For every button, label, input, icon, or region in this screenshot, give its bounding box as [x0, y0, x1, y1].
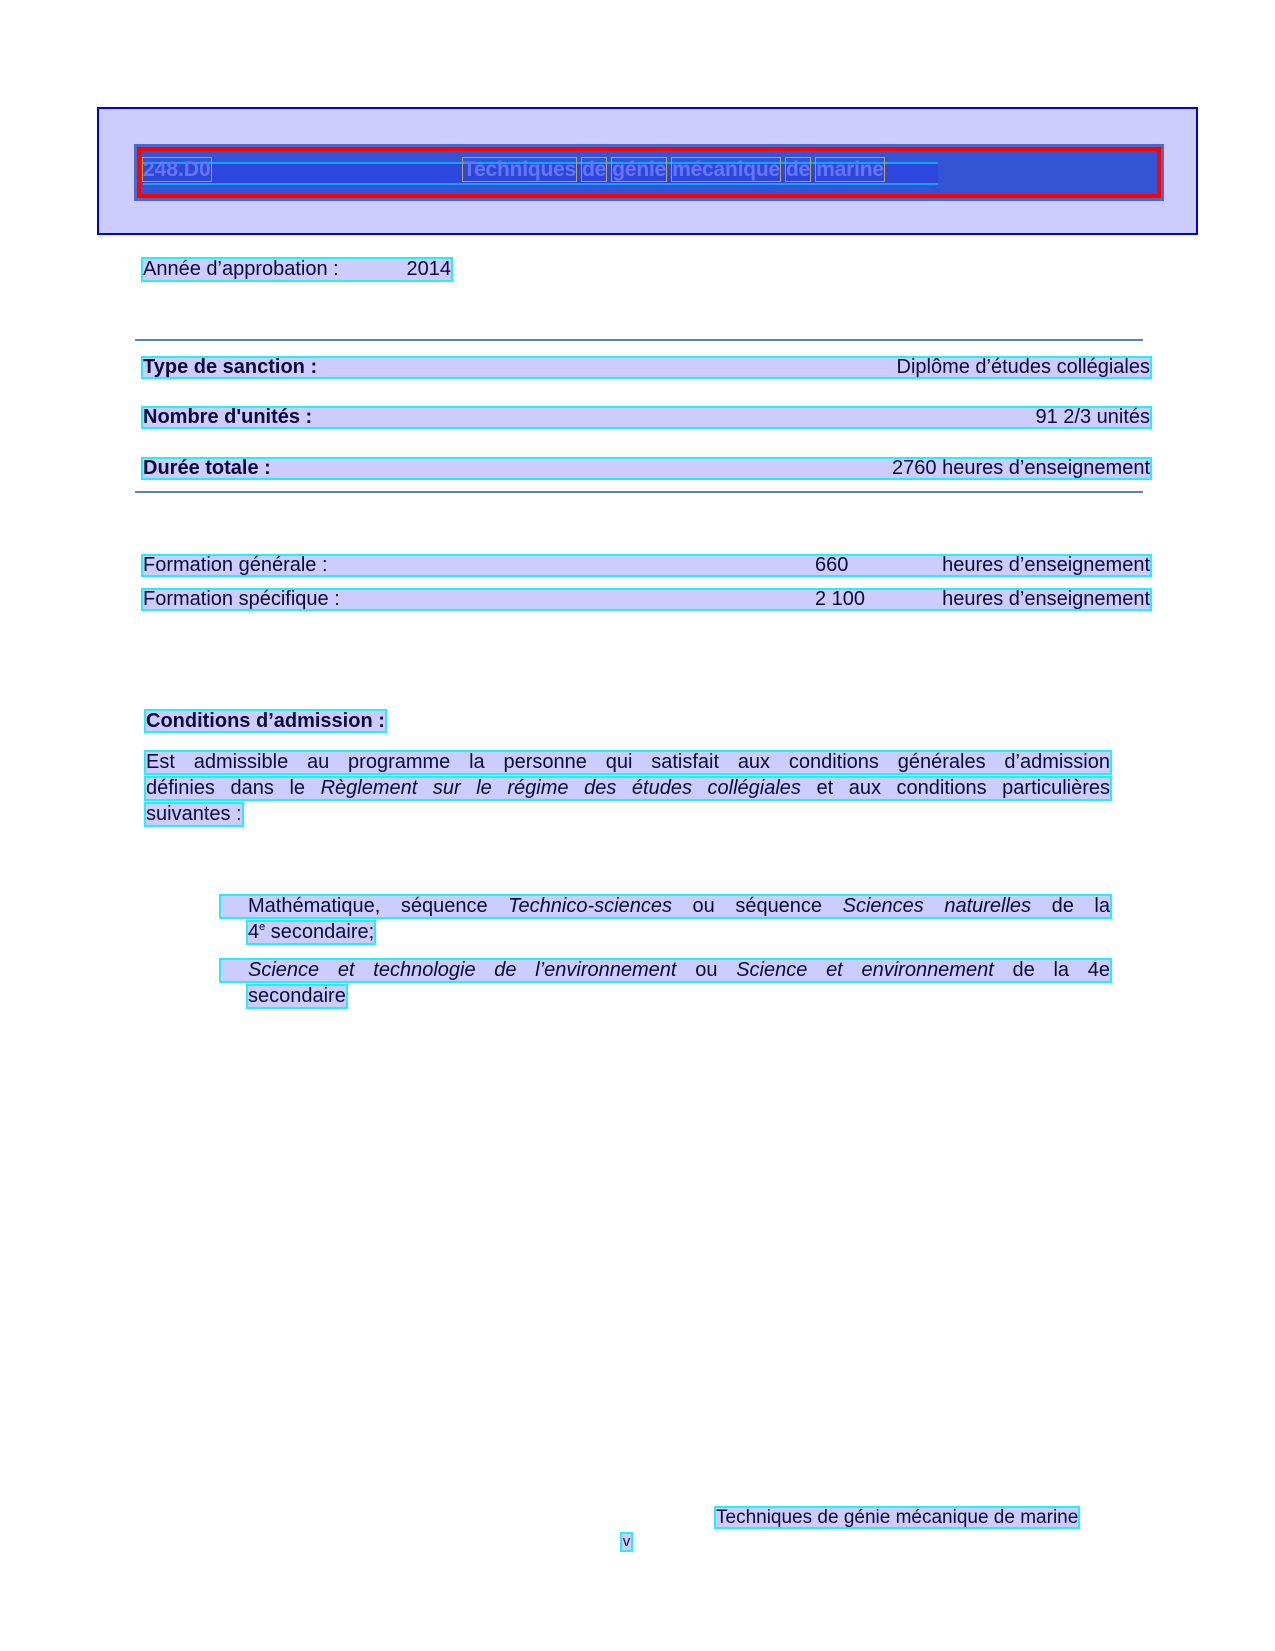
general-training-row: Formation générale : 660 heures d’enseig… — [143, 556, 1150, 575]
general-training-unit: heures d’enseignement — [942, 556, 1150, 575]
text: secondaire; — [265, 921, 374, 943]
divider-top — [135, 339, 1143, 341]
text: de la 4e — [994, 959, 1110, 981]
text: ou séquence — [672, 895, 843, 917]
admission-paragraph-line: définies dans le Règlement sur le régime… — [146, 778, 1110, 799]
duration-label: Durée totale : — [143, 459, 271, 478]
units-value: 91 2/3 unités — [1035, 408, 1150, 427]
duration-value: 2760 heures d’enseignement — [892, 459, 1150, 478]
page-number: v — [622, 1534, 631, 1550]
program-code: 248.D0 — [143, 158, 211, 182]
text: de la — [1031, 895, 1110, 917]
program-code-text: 248.D0 — [143, 158, 211, 181]
program-title-word: de — [786, 158, 810, 181]
text: Technico-sciences — [508, 895, 672, 917]
condition-item-continuation: secondaire — [248, 986, 346, 1007]
program-title-word: marine — [816, 158, 884, 181]
general-training-hours: 660 — [815, 556, 848, 575]
condition-item: Mathématique, séquence Technico-sciences… — [221, 896, 1110, 917]
text: et aux conditions particulières — [801, 777, 1110, 799]
regulation-title: Règlement sur le régime des études collé… — [321, 777, 801, 799]
admission-paragraph-line: suivantes : — [146, 804, 242, 825]
text: Science et environnement — [736, 959, 994, 981]
program-title-word: génie — [612, 158, 666, 181]
condition-item: Science et technologie de l’environnemen… — [221, 960, 1110, 981]
program-title-word: Techniques — [463, 158, 576, 181]
admission-heading: Conditions d’admission : — [146, 711, 385, 731]
sanction-value: Diplôme d’études collégiales — [897, 358, 1150, 377]
duration-row: Durée totale : 2760 heures d’enseignemen… — [143, 459, 1150, 478]
specific-training-hours: 2 100 — [815, 590, 865, 609]
divider-bottom — [135, 491, 1143, 493]
units-label: Nombre d'unités : — [143, 408, 312, 427]
program-title-word: de — [582, 158, 606, 181]
specific-training-row: Formation spécifique : 2 100 heures d’en… — [143, 590, 1150, 609]
general-training-label: Formation générale : — [143, 556, 328, 575]
condition-item-continuation: 4e secondaire; — [248, 922, 374, 943]
specific-training-label: Formation spécifique : — [143, 590, 340, 609]
footer-title: Techniques de génie mécanique de marine — [716, 1508, 1078, 1527]
text: ou — [676, 959, 736, 981]
admission-paragraph-line: Est admissible au programme la personne … — [146, 752, 1110, 773]
approval-year: Année d’approbation : 2014 — [143, 259, 451, 280]
text: Science et technologie de l’environnemen… — [248, 959, 676, 981]
specific-training-unit: heures d’enseignement — [942, 590, 1150, 609]
sanction-label: Type de sanction : — [143, 358, 317, 377]
text: Mathématique, séquence — [248, 895, 508, 917]
text: Sciences naturelles — [843, 895, 1031, 917]
text: 4 — [248, 921, 259, 943]
text: définies dans le — [146, 777, 321, 799]
approval-label: Année d’approbation : — [143, 258, 339, 280]
program-title-word: mécanique — [672, 158, 780, 181]
units-row: Nombre d'unités : 91 2/3 unités — [143, 408, 1150, 427]
program-title: Techniquesdegéniemécaniquedemarine — [463, 158, 884, 182]
approval-value: 2014 — [407, 259, 452, 280]
sanction-row: Type de sanction : Diplôme d’études coll… — [143, 358, 1150, 377]
